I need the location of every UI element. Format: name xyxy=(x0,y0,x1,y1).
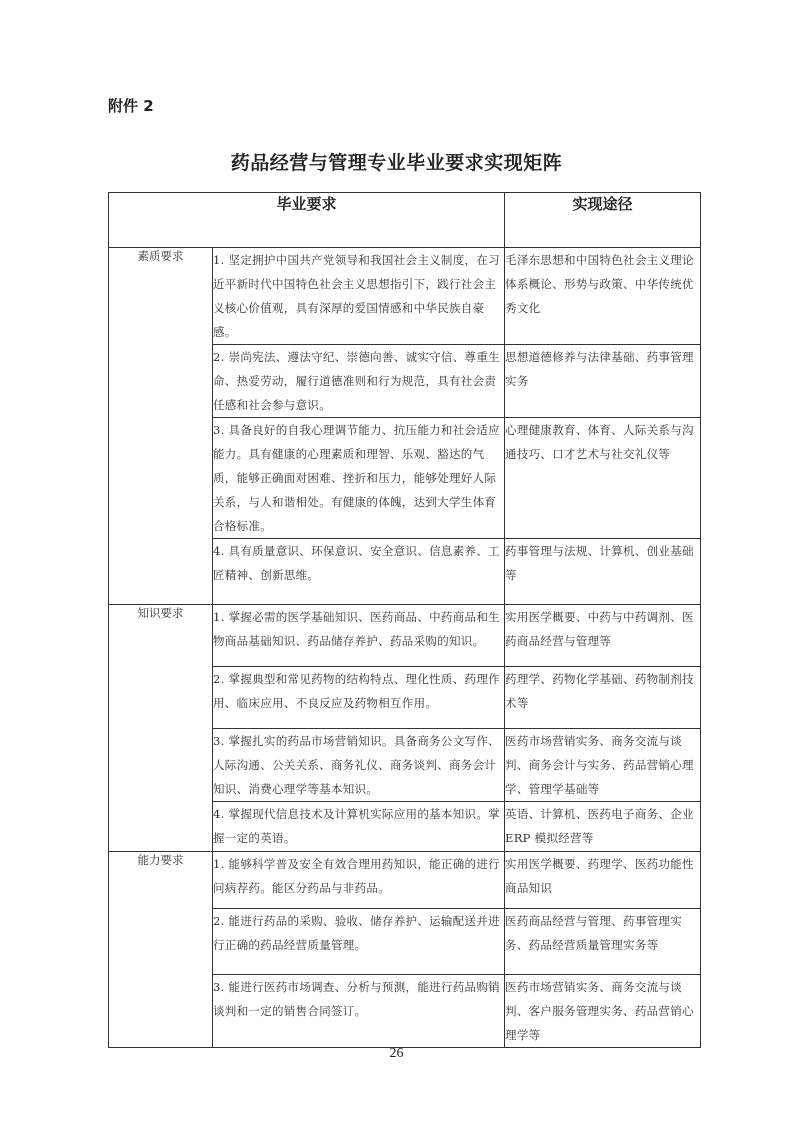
pathway-cell: 药理学、药物化学基础、药物制剂技术等 xyxy=(505,667,701,729)
requirement-cell: 2. 能进行药品的采购、验收、储存养护、运输配送并进行正确的药品经营质量管理。 xyxy=(213,909,505,975)
category-knowledge: 知识要求 xyxy=(109,605,213,852)
graduation-requirements-matrix: 毕业要求 实现途径 素质要求 1. 坚定拥护中国共产党领导和我国社会主义制度，在… xyxy=(108,192,701,1048)
requirement-cell: 4. 掌握现代信息技术及计算机实际应用的基本知识。掌握一定的英语。 xyxy=(213,802,505,852)
pathway-cell: 毛泽东思想和中国特色社会主义理论体系概论、形势与政策、中华传统优秀文化 xyxy=(505,248,701,345)
requirement-cell: 1. 能够科学普及安全有效合理用药知识，能正确的进行问病荐药。能区分药品与非药品… xyxy=(213,852,505,909)
header-requirement: 毕业要求 xyxy=(109,193,505,248)
pathway-cell: 医药市场营销实务、商务交流与谈判、商务会计与实务、药品营销心理学、管理学基础等 xyxy=(505,729,701,802)
table-body: 素质要求 1. 坚定拥护中国共产党领导和我国社会主义制度，在习近平新时代中国特色… xyxy=(109,248,701,1048)
requirement-cell: 2. 掌握典型和常见药物的结构特点、理化性质、药理作用、临床应用、不良反应及药物… xyxy=(213,667,505,729)
table-row: 能力要求 1. 能够科学普及安全有效合理用药知识，能正确的进行问病荐药。能区分药… xyxy=(109,852,701,909)
pathway-cell: 药事管理与法规、计算机、创业基础等 xyxy=(505,539,701,605)
pathway-cell: 英语、计算机、医药电子商务、企业 ERP 模拟经营等 xyxy=(505,802,701,852)
document-title: 药品经营与管理专业毕业要求实现矩阵 xyxy=(0,148,793,175)
requirement-cell: 1. 坚定拥护中国共产党领导和我国社会主义制度，在习近平新时代中国特色社会主义思… xyxy=(213,248,505,345)
header-pathway: 实现途径 xyxy=(505,193,701,248)
attachment-label: 附件 2 xyxy=(108,95,154,116)
pathway-cell: 实用医学概要、药理学、医药功能性商品知识 xyxy=(505,852,701,909)
requirement-cell: 3. 能进行医药市场调查、分析与预测，能进行药品购销谈判和一定的销售合同签订。 xyxy=(213,975,505,1048)
table-row: 素质要求 1. 坚定拥护中国共产党领导和我国社会主义制度，在习近平新时代中国特色… xyxy=(109,248,701,345)
table-header-row: 毕业要求 实现途径 xyxy=(109,193,701,248)
page-number: 26 xyxy=(0,1046,793,1062)
requirement-cell: 4. 具有质量意识、环保意识、安全意识、信息素养、工匠精神、创新思维。 xyxy=(213,539,505,605)
requirement-cell: 3. 掌握扎实的药品市场营销知识。具备商务公文写作、人际沟通、公关关系、商务礼仪… xyxy=(213,729,505,802)
requirement-cell: 1. 掌握必需的医学基础知识、医药商品、中药商品和生物商品基础知识、药品储存养护… xyxy=(213,605,505,667)
requirement-cell: 2. 崇尚宪法、遵法守纪、崇德向善、诚实守信、尊重生命、热爱劳动，履行道德准则和… xyxy=(213,345,505,418)
category-quality: 素质要求 xyxy=(109,248,213,605)
category-ability: 能力要求 xyxy=(109,852,213,1048)
table-row: 知识要求 1. 掌握必需的医学基础知识、医药商品、中药商品和生物商品基础知识、药… xyxy=(109,605,701,667)
pathway-cell: 医药市场营销实务、商务交流与谈判、客户服务管理实务、药品营销心理学等 xyxy=(505,975,701,1048)
requirement-cell: 3. 具备良好的自我心理调节能力、抗压能力和社会适应能力。具有健康的心理素质和理… xyxy=(213,418,505,539)
pathway-cell: 心理健康教育、体育、人际关系与沟通技巧、口才艺术与社交礼仪等 xyxy=(505,418,701,539)
pathway-cell: 思想道德修养与法律基础、药事管理实务 xyxy=(505,345,701,418)
pathway-cell: 医药商品经营与管理、药事管理实务、药品经营质量管理实务等 xyxy=(505,909,701,975)
pathway-cell: 实用医学概要、中药与中药调剂、医药商品经营与管理等 xyxy=(505,605,701,667)
